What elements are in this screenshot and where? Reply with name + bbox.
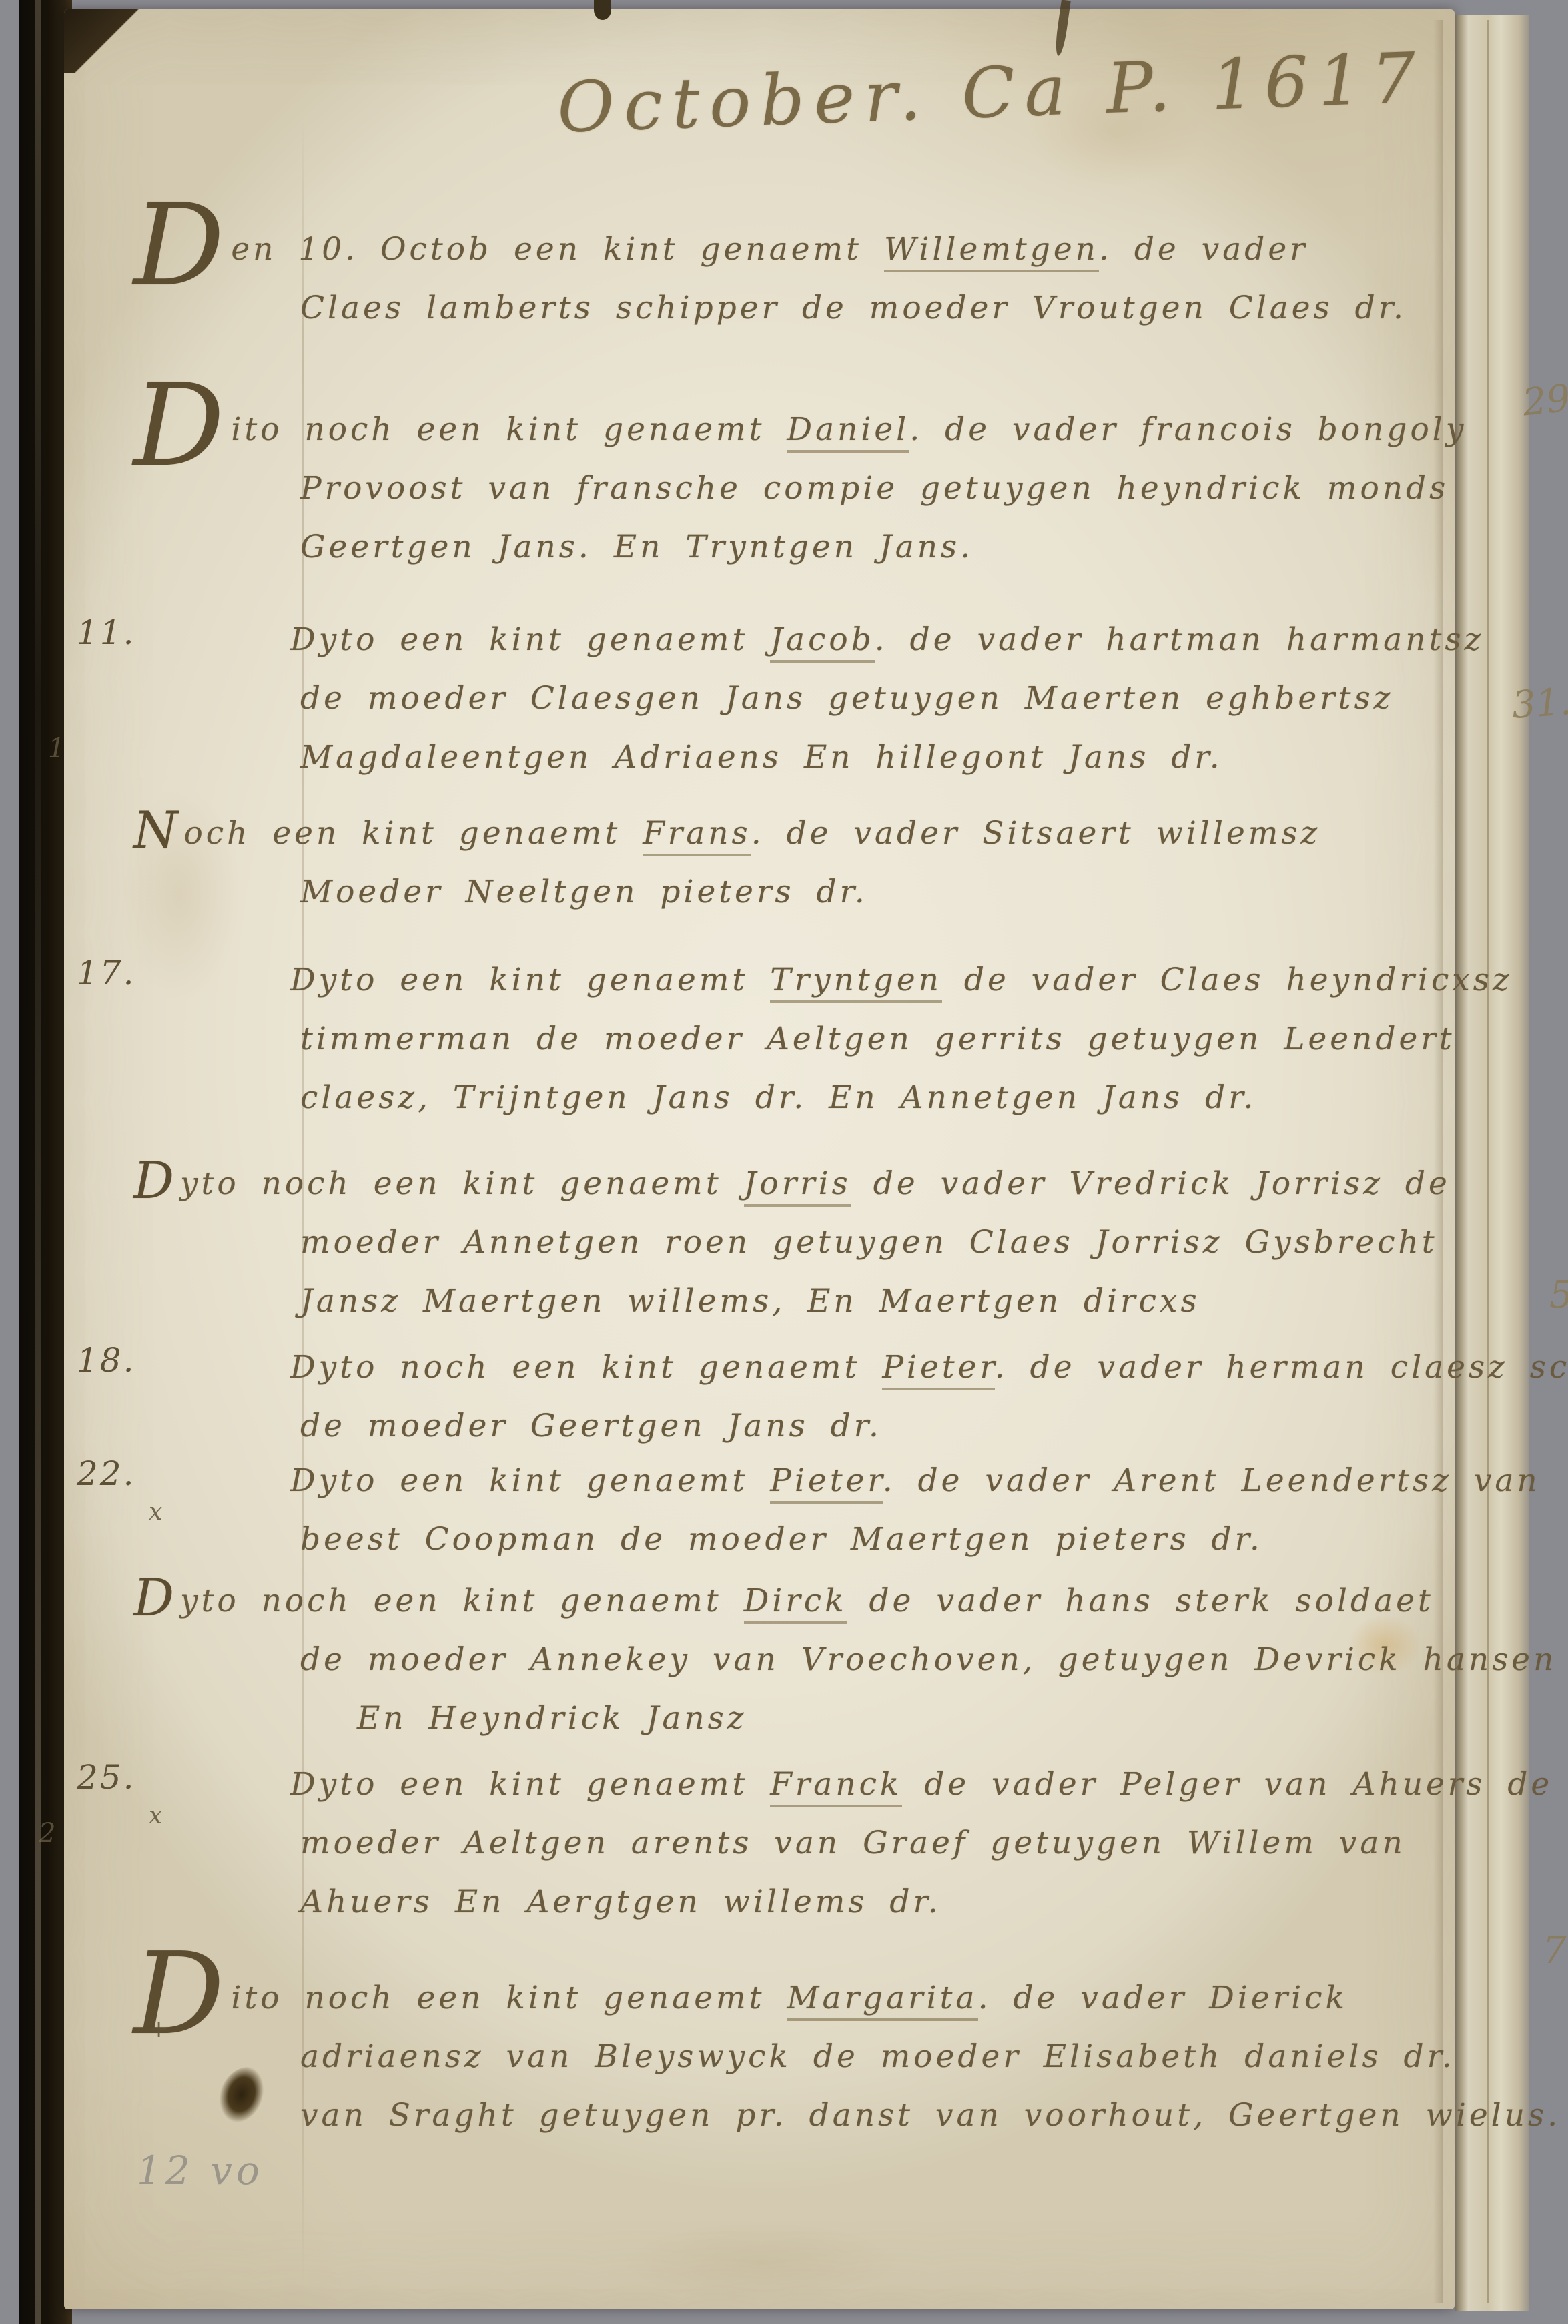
entry-initial: N: [133, 800, 181, 860]
entry-text: . de vader Dierick: [978, 1980, 1348, 2016]
baptism-entry: Den 10. Octob een kint genaemt Willemtge…: [77, 220, 1431, 338]
entry-text: . de vader Sitsaert willemsz: [751, 815, 1321, 852]
entry-initial: D: [133, 360, 224, 492]
facing-page-number: 31.: [1511, 680, 1568, 728]
child-name: Pieter: [882, 1349, 994, 1390]
entry-line: moeder Aeltgen arents van Graef getuygen…: [300, 1814, 1431, 1873]
child-name: Willemtgen: [884, 231, 1099, 272]
entry-initial: D: [133, 1928, 224, 2060]
entry-date: 18.: [77, 1341, 136, 1380]
margin-mark: x: [149, 1498, 162, 1526]
book-spine-highlight: [35, 0, 41, 2324]
entry-line: Magdaleentgen Adriaens En hillegont Jans…: [300, 728, 1431, 787]
baptism-entry: 22. x Dyto een kint genaemt Pieter. de v…: [77, 1452, 1431, 1569]
entry-line: adriaensz van Bleyswyck de moeder Elisab…: [300, 2028, 1431, 2086]
entry-text: . de vader francois bongoly: [909, 411, 1467, 448]
facing-page-number: 29: [1521, 376, 1568, 424]
entry-text: Dyto een kint genaemt: [290, 621, 770, 658]
top-edge-ink-mark: [594, 0, 611, 20]
entry-text: Dyto noch een kint genaemt: [290, 1349, 882, 1386]
entry-line: Dyto noch een kint genaemt Dirck de vade…: [133, 1572, 1431, 1631]
entry-line: beest Coopman de moeder Maertgen pieters…: [300, 1510, 1431, 1569]
entry-text: yto noch een kint genaemt: [180, 1582, 744, 1619]
entry-text: . de vader herman claesz schipper: [995, 1349, 1568, 1386]
entry-line: de moeder Claesgen Jans getuygen Maerten…: [300, 669, 1431, 728]
baptism-entry: 18. Dyto noch een kint genaemt Pieter. d…: [77, 1338, 1431, 1456]
entry-line: Dyto een kint genaemt Franck de vader Pe…: [290, 1755, 1431, 1814]
child-name: Franck: [770, 1766, 902, 1807]
entry-line: Noch een kint genaemt Frans. de vader Si…: [133, 804, 1431, 863]
entry-text: Dyto een kint genaemt: [290, 962, 770, 998]
entry-line: En Heyndrick Jansz: [357, 1689, 1431, 1748]
page-stack-line: [1487, 20, 1489, 2303]
entry-line: van Sraght getuygen pr. danst van voorho…: [300, 2086, 1431, 2145]
folio-number: 12 vo: [137, 2148, 264, 2193]
baptism-entry: Dyto noch een kint genaemt Jorris de vad…: [77, 1155, 1431, 1331]
entry-text: de vader hans sterk soldaet: [847, 1582, 1434, 1619]
entry-text: . de vader: [1099, 231, 1308, 268]
entry-initial: D: [133, 1568, 177, 1627]
baptism-entry: Noch een kint genaemt Frans. de vader Si…: [77, 804, 1431, 922]
entry-text: de vader Claes heyndricxsz: [942, 962, 1513, 998]
entry-text: de vader Vredrick Jorrisz de: [851, 1165, 1451, 1202]
baptism-entry: Dito noch een kint genaemt Daniel. de va…: [77, 400, 1431, 577]
margin-mark: +: [149, 2016, 169, 2043]
right-crease-shadow: [1433, 20, 1443, 2303]
entry-line: Jansz Maertgen willems, En Maertgen dirc…: [300, 1272, 1431, 1331]
entry-initial: D: [133, 180, 224, 312]
facing-page-number: 7.: [1543, 1929, 1568, 1972]
entry-line: Claes lamberts schipper de moeder Vroutg…: [300, 279, 1431, 338]
baptism-entry: 25. x Dyto een kint genaemt Franck de va…: [77, 1755, 1431, 1932]
baptism-entry: 11. Dyto een kint genaemt Jacob. de vade…: [77, 611, 1431, 787]
left-margin-number: 1: [48, 733, 65, 764]
entry-text: ito noch een kint genaemt: [231, 1980, 787, 2016]
entry-line: Dyto een kint genaemt Tryntgen de vader …: [290, 951, 1431, 1010]
child-name: Tryntgen: [770, 962, 942, 1003]
entry-text: en 10. Octob een kint genaemt: [231, 231, 884, 268]
entry-text: . de vader Arent Leendertsz van: [883, 1462, 1541, 1499]
facing-page-number: 5: [1549, 1273, 1568, 1317]
entry-text: och een kint genaemt: [184, 815, 643, 852]
child-name: Pieter: [770, 1462, 882, 1504]
entry-date: 17.: [77, 954, 136, 992]
entry-line: Dyto een kint genaemt Pieter. de vader A…: [290, 1452, 1431, 1510]
entry-text: ito noch een kint genaemt: [231, 411, 787, 448]
entry-line: Dito noch een kint genaemt Margarita. de…: [133, 1969, 1431, 2028]
baptism-entry: 17. Dyto een kint genaemt Tryntgen de va…: [77, 951, 1431, 1127]
entry-date: 22.: [77, 1454, 136, 1493]
child-name: Jorris: [744, 1165, 851, 1207]
entry-text: Dyto een kint genaemt: [290, 1766, 770, 1803]
child-name: Frans: [643, 815, 751, 856]
child-name: Daniel: [787, 411, 909, 453]
entry-line: Provoost van fransche compie getuygen he…: [300, 459, 1431, 518]
page-stack-edge: [1455, 15, 1529, 2311]
left-margin-number: 2: [39, 1818, 55, 1849]
baptism-entry: Dyto noch een kint genaemt Dirck de vade…: [77, 1572, 1431, 1748]
torn-corner: [64, 9, 164, 73]
child-name: Dirck: [744, 1582, 847, 1624]
entry-line: Moeder Neeltgen pieters dr.: [300, 863, 1431, 922]
entry-line: claesz, Trijntgen Jans dr. En Annetgen J…: [300, 1069, 1431, 1127]
entry-line: Dyto noch een kint genaemt Jorris de vad…: [133, 1155, 1431, 1213]
entry-line: Dito noch een kint genaemt Daniel. de va…: [133, 400, 1431, 459]
entry-line: de moeder Geertgen Jans dr.: [300, 1397, 1431, 1456]
entry-line: timmerman de moeder Aeltgen gerrits getu…: [300, 1010, 1431, 1069]
entry-date: 11.: [77, 613, 136, 652]
entry-line: Ahuers En Aergtgen willems dr.: [300, 1873, 1431, 1932]
child-name: Jacob: [770, 621, 875, 663]
child-name: Margarita: [787, 1980, 977, 2021]
entry-line: Den 10. Octob een kint genaemt Willemtge…: [133, 220, 1431, 279]
entry-date: 25.: [77, 1758, 136, 1797]
manuscript-scan: October. Ca P. 1617 Den 10. Octob een ki…: [0, 0, 1568, 2324]
entry-initial: D: [133, 1151, 177, 1210]
entry-line: moeder Annetgen roen getuygen Claes Jorr…: [300, 1213, 1431, 1272]
entry-text: de vader Pelger van Ahuers de: [902, 1766, 1553, 1803]
entry-text: Dyto een kint genaemt: [290, 1462, 770, 1499]
margin-mark: x: [149, 1802, 162, 1829]
baptism-entry: + Dito noch een kint genaemt Margarita. …: [77, 1969, 1431, 2145]
entry-line: Dyto noch een kint genaemt Pieter. de va…: [290, 1338, 1431, 1397]
entry-line: Geertgen Jans. En Tryntgen Jans.: [300, 518, 1431, 577]
entry-text: . de vader hartman harmantsz: [875, 621, 1484, 658]
entry-line: de moeder Annekey van Vroechoven, getuyg…: [300, 1631, 1431, 1689]
entry-line: Dyto een kint genaemt Jacob. de vader ha…: [290, 611, 1431, 669]
entry-text: yto noch een kint genaemt: [180, 1165, 744, 1202]
